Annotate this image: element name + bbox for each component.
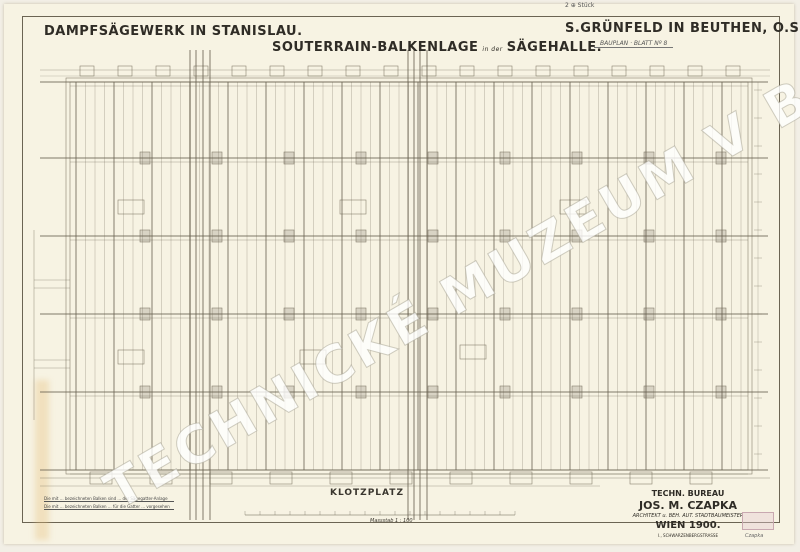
drawing-title-tail: SÄGEHALLE.	[507, 40, 602, 55]
inventory-note: 2 ⊕ Stück	[565, 2, 594, 9]
scale-note: Massstab 1 : 100	[370, 518, 413, 524]
archive-stamp	[742, 512, 774, 530]
yard-label: KLOTZPLATZ	[330, 488, 404, 498]
sheet-number-note: BAUPLAN · BLATT Nº 8	[594, 40, 673, 48]
drawing-title-main: SOUTERRAIN-BALKENLAGE	[272, 40, 478, 55]
bureau-address: I., SCHWARZENBERGSTRASSE	[608, 533, 768, 538]
project-title: DAMPFSÄGEWERK IN STANISLAU.	[44, 24, 303, 39]
client-title: S.GRÜNFELD IN BEUTHEN, O.S.	[565, 21, 800, 36]
bureau-name: JOS. M. CZAPKA	[608, 499, 768, 512]
drawing-title: SOUTERRAIN-BALKENLAGEin derSÄGEHALLE.	[272, 40, 602, 55]
signature: Czapka	[745, 533, 763, 539]
drawing-title-connector: in der	[482, 46, 502, 53]
bureau-line-1: TECHN. BUREAU	[608, 489, 768, 498]
